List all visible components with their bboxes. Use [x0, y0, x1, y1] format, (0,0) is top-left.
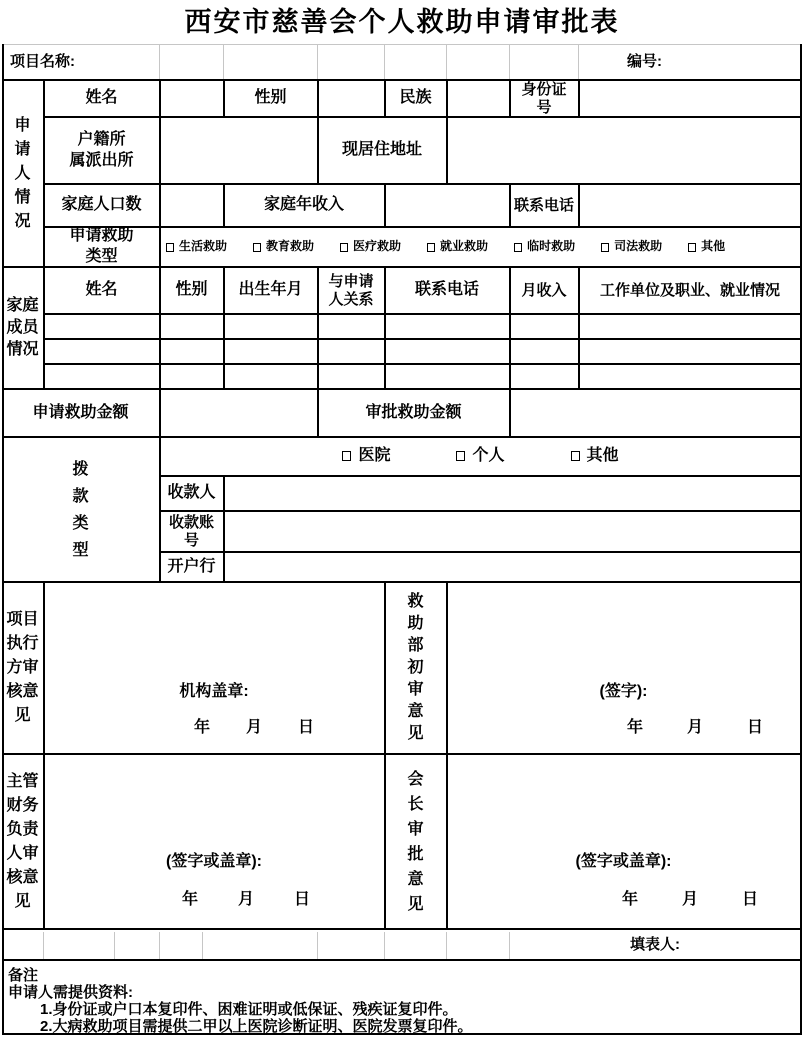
id-no-input-cell[interactable]: [580, 81, 800, 116]
family-size-input-cell[interactable]: [161, 185, 223, 226]
checkbox-aid-judicial[interactable]: 司法救助: [601, 239, 662, 255]
family-relation-header: 与申请 人关系: [318, 268, 384, 313]
date-day: 日: [742, 886, 758, 909]
checkbox-icon: [427, 243, 435, 252]
police-station-input-cell[interactable]: [161, 118, 317, 183]
family-cell[interactable]: [319, 365, 384, 388]
checkbox-channel-personal[interactable]: 个人: [456, 446, 504, 467]
address-label: 现居住地址: [318, 118, 446, 183]
gender-input-cell[interactable]: [319, 81, 384, 116]
date-month: 月: [238, 886, 254, 909]
phone-label: 联系电话: [510, 185, 578, 226]
dept-sign-label: (签字):: [447, 678, 800, 701]
aid-type-label: 申请救助 类型: [44, 228, 159, 266]
checkbox-aid-education[interactable]: 教育救助: [253, 239, 314, 255]
payment-section-label: 拨 款 类 型: [2, 438, 159, 581]
aid-type-options-row: 生活救助 教育救助 医疗救助 就业救助 临时救助 司法救助 其他: [166, 228, 802, 266]
family-cell[interactable]: [580, 365, 800, 388]
id-no-label: 身份证 号: [510, 80, 578, 117]
checkbox-label: 其他: [701, 239, 725, 255]
dept-review-area[interactable]: (签字): 年 月 日: [447, 583, 800, 753]
checkbox-label: 医院: [358, 446, 390, 467]
border-line: [2, 928, 802, 930]
checkbox-aid-temporary[interactable]: 临时救助: [514, 239, 575, 255]
payee-input-cell[interactable]: [225, 477, 800, 510]
executor-review-label: 项目 执行 方审 核意 见: [2, 583, 43, 753]
form-filler-label: 填表人:: [510, 931, 800, 958]
ethnic-label: 民族: [385, 80, 446, 117]
grid-line: [446, 932, 447, 959]
annual-income-input-cell[interactable]: [386, 185, 509, 226]
date-line: 年 月 日: [447, 714, 804, 737]
phone-input-cell[interactable]: [580, 185, 800, 226]
checkbox-icon: [601, 243, 609, 252]
date-year: 年: [627, 714, 643, 737]
checkbox-label: 其他: [587, 446, 619, 467]
checkbox-label: 医疗救助: [353, 239, 401, 255]
checkbox-aid-living[interactable]: 生活救助: [166, 239, 227, 255]
family-cell[interactable]: [511, 340, 578, 363]
family-cell[interactable]: [225, 365, 317, 388]
checkbox-aid-other[interactable]: 其他: [688, 239, 725, 255]
family-cell[interactable]: [386, 365, 509, 388]
address-input-cell[interactable]: [448, 118, 800, 183]
finance-review-label: 主管 财务 负责 人审 核意 见: [2, 755, 43, 928]
grid-line: [159, 932, 160, 959]
date-month: 月: [246, 714, 262, 737]
bank-input-cell[interactable]: [225, 553, 800, 581]
charity-application-form: 西安市慈善会个人救助申请审批表: [0, 0, 804, 1037]
family-cell[interactable]: [45, 315, 159, 338]
family-cell[interactable]: [319, 315, 384, 338]
family-cell[interactable]: [45, 340, 159, 363]
applicant-section-label: 申 请 人 情 况: [2, 80, 43, 267]
checkbox-label: 就业救助: [440, 239, 488, 255]
requested-amount-input-cell[interactable]: [161, 390, 317, 436]
requested-amount-label: 申请救助金额: [2, 390, 159, 436]
date-line: 年 月 日: [447, 886, 804, 909]
family-work-header: 工作单位及职业、就业情况: [579, 268, 801, 313]
family-cell[interactable]: [386, 315, 509, 338]
family-cell[interactable]: [580, 315, 800, 338]
form-title: 西安市慈善会个人救助申请审批表: [2, 2, 802, 44]
grid-line: [384, 932, 385, 959]
name-label: 姓名: [44, 80, 159, 117]
family-phone-header: 联系电话: [385, 268, 509, 313]
family-birth-header: 出生年月: [224, 268, 317, 313]
family-size-label: 家庭人口数: [44, 185, 159, 226]
payee-label: 收款人: [160, 477, 223, 510]
family-income-header: 月收入: [510, 268, 578, 313]
date-year: 年: [182, 886, 198, 909]
family-section-label: 家庭 成员 情况: [2, 268, 43, 388]
notes-item-2: 2.大病救助项目需提供二甲以上医院诊断证明、医院发票复印件。: [40, 1015, 473, 1036]
date-month: 月: [682, 886, 698, 909]
family-cell[interactable]: [511, 315, 578, 338]
finance-review-area[interactable]: (签字或盖章): 年 月 日: [44, 755, 384, 928]
family-cell[interactable]: [580, 340, 800, 363]
president-sign-label: (签字或盖章):: [447, 848, 800, 871]
grid-line: [43, 932, 44, 959]
checkbox-icon: [340, 243, 348, 252]
checkbox-icon: [514, 243, 522, 252]
president-review-label: 会 长 审 批 意 见: [385, 755, 446, 928]
checkbox-label: 个人: [472, 446, 504, 467]
project-name-input-cell[interactable]: [160, 46, 578, 78]
grid-line: [317, 932, 318, 959]
family-name-header: 姓名: [44, 268, 159, 313]
date-year: 年: [622, 886, 638, 909]
date-year: 年: [194, 714, 210, 737]
checkbox-aid-medical[interactable]: 医疗救助: [340, 239, 401, 255]
checkbox-channel-other[interactable]: 其他: [571, 446, 619, 467]
checkbox-icon: [342, 451, 351, 461]
name-input-cell[interactable]: [161, 81, 223, 116]
family-cell[interactable]: [319, 340, 384, 363]
family-cell[interactable]: [161, 315, 223, 338]
checkbox-channel-hospital[interactable]: 医院: [342, 446, 390, 467]
president-review-area[interactable]: (签字或盖章): 年 月 日: [447, 755, 800, 928]
approved-amount-label: 审批救助金额: [318, 390, 509, 436]
family-cell[interactable]: [511, 365, 578, 388]
date-day: 日: [294, 886, 310, 909]
family-cell[interactable]: [225, 340, 317, 363]
ethnic-input-cell[interactable]: [448, 81, 509, 116]
serial-no-label: 编号:: [627, 45, 797, 79]
checkbox-aid-employment[interactable]: 就业救助: [427, 239, 488, 255]
account-label: 收款账 号: [160, 512, 223, 551]
grid-line: [114, 932, 115, 959]
date-day: 日: [298, 714, 314, 737]
annual-income-label: 家庭年收入: [224, 185, 384, 226]
date-month: 月: [687, 714, 703, 737]
family-gender-header: 性别: [160, 268, 223, 313]
payment-channel-row: 医院 个人 其他: [160, 438, 801, 475]
family-cell[interactable]: [161, 365, 223, 388]
police-station-label: 户籍所 属派出所: [44, 118, 159, 183]
executor-sign-label: 机构盖章:: [44, 678, 384, 701]
family-cell[interactable]: [45, 365, 159, 388]
grid-line: [202, 932, 203, 959]
checkbox-icon: [166, 243, 174, 252]
checkbox-label: 临时救助: [527, 239, 575, 255]
approved-amount-input-cell[interactable]: [511, 390, 800, 436]
family-cell[interactable]: [161, 340, 223, 363]
date-day: 日: [747, 714, 763, 737]
bank-label: 开户行: [160, 553, 223, 581]
account-input-cell[interactable]: [225, 512, 800, 551]
family-cell[interactable]: [386, 340, 509, 363]
gender-label: 性别: [224, 80, 317, 117]
checkbox-icon: [456, 451, 465, 461]
border-line: [2, 959, 802, 961]
checkbox-icon: [571, 451, 580, 461]
checkbox-label: 司法救助: [614, 239, 662, 255]
checkbox-icon: [253, 243, 261, 252]
checkbox-label: 生活救助: [179, 239, 227, 255]
grid-line: [578, 45, 579, 79]
family-cell[interactable]: [225, 315, 317, 338]
dept-review-label: 救 助 部 初 审 意 见: [385, 583, 446, 753]
checkbox-icon: [688, 243, 696, 252]
executor-review-area[interactable]: 机构盖章: 年 月 日: [44, 583, 384, 753]
finance-sign-label: (签字或盖章):: [44, 848, 384, 871]
checkbox-label: 教育救助: [266, 239, 314, 255]
